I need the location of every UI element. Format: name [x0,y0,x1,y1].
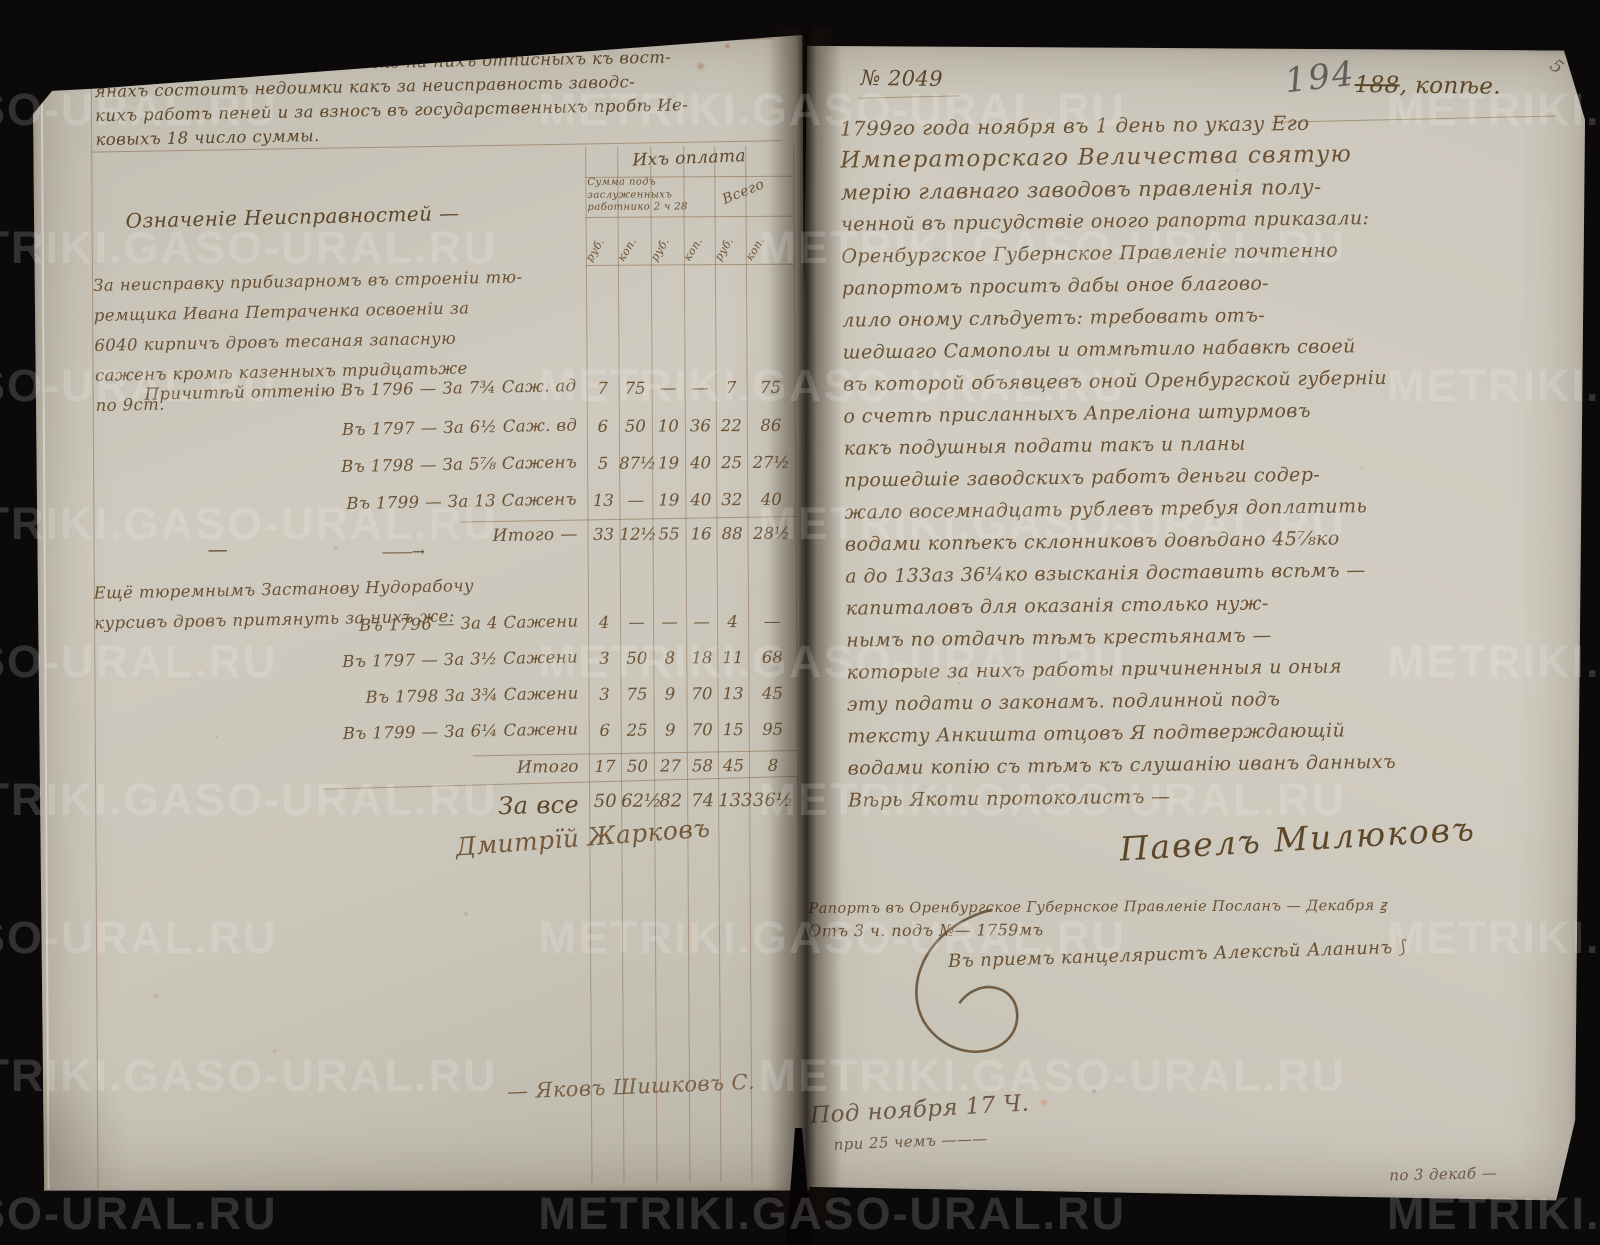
table-row: Въ 1798 — За 5⅞ Саженъ587½19402527½ [35,453,805,488]
table-total-1: Итого —3312½55168828½ [32,26,802,31]
table-cell: 40 [747,490,795,509]
table-cell: 133 [718,790,749,811]
table-cell: 18 [686,648,717,667]
table-subheader: Сумма подъзаслуженныхъработнико 2 ч 28 [587,176,707,214]
table-cell: 62½ [621,791,654,812]
table-total-2: Итого17502758458 [32,26,802,31]
table-cell: 13 [717,684,748,703]
table-cell: 3 [588,685,620,704]
table-rows-second-block: Въ 1796 — За 4 Сажени4———4—Въ 1797 — За … [32,26,802,31]
right-page: № 2049 194 188, копѣе. 5 1799го года ноя… [793,41,1589,1200]
table-cell: 25 [621,721,654,740]
table-cell: 50 [619,417,652,436]
table-row: Въ 1797 — За 3½ Сажени3508181168 [36,648,806,683]
table-cell: 6 [589,721,621,740]
text-line: работнико 2 ч 28 [588,201,708,214]
table-cell: 16 [685,524,716,543]
table-cell: 6 [587,417,619,436]
table-cell: 87½ [619,454,652,473]
crossed-out-number: 188, копѣе. [1354,72,1501,100]
row-label: За все [498,790,579,820]
table-cell: — [653,612,686,631]
table-cell: 86 [747,416,795,435]
row-label: Въ 1796 — За 4 Сажени [359,612,579,635]
table-cell: 75 [747,378,795,397]
table-cell: — [620,613,653,632]
pencil-folio-number: 194 [1283,54,1358,102]
table-row: Итого17502758458 [37,756,807,791]
bottom-note-1: Под ноября 17 Ч. [809,1090,1030,1129]
corner-page-number: 5 [1546,55,1568,79]
grand-total-row: За все5062½827413336½ [32,26,802,31]
table-cell: 8 [749,756,797,775]
document-number: № 2049 [860,66,943,91]
table-cell: 75 [620,685,653,704]
row-label: Итого — [492,524,578,546]
table-cell: 27½ [747,453,795,472]
table-cell: 82 [654,790,687,811]
table-row: Въ 1797 — За 6½ Саж. вд65010362286 [35,416,805,451]
table-cell: 74 [687,790,718,811]
row-label: Въ 1797 — За 3½ Сажени [342,647,578,671]
table-cell: 33 [587,525,619,544]
table-cell: 7 [716,378,747,397]
table-cell: — [748,612,796,631]
report-body-text: 1799го года ноября въ 1 день по указу Ег… [840,104,1573,817]
table-cell: 27 [654,756,687,775]
bottom-note-2: при 25 чемъ ——— [833,1130,988,1154]
text-line: Сумма подъ [587,176,707,189]
corner-note: по 3 декаб — [1389,1164,1497,1184]
main-signature: Павелъ Милюковъ [1119,809,1477,868]
table-row: Въ 1798 За 3¾ Сажени3759701345 [36,684,806,719]
table-cell: — [652,378,685,397]
section-label: Означенiе Неисправностей — [125,201,459,233]
scanned-book-spread: Вѣдомость означающая сколько на нихъ отп… [0,0,1600,1245]
row-label: Въ 1798 — За 5⅞ Саженъ [341,452,577,476]
table-cell: 55 [652,524,685,543]
table-cell: 32 [716,490,747,509]
table-cell: 12½ [619,525,652,544]
table-column-lines [32,26,802,31]
table-cell: 88 [716,524,747,543]
table-row: Итого —3312½55168828½ [35,524,805,559]
table-cell: 9 [653,684,686,703]
table-cell: 45 [718,756,749,775]
table-cell: 17 [589,757,621,776]
table-cell: — [619,491,652,510]
bottom-signature: — Яковъ Шишковъ С. [507,1070,756,1104]
document-number-underline [858,95,960,98]
table-cell: 40 [685,490,716,509]
table-cell: 50 [620,649,653,668]
row-label: Въ 1799 — За 6¼ Сажени [343,719,579,743]
table-cell: 25 [716,453,747,472]
text-line: заслуженныхъ [587,189,707,202]
table-cell: — [686,612,717,631]
table-cell: 50 [621,757,654,776]
table-row: Въ 1796 — За 4 Сажени4———4— [36,612,806,647]
table-cell: 8 [653,648,686,667]
table-row: Причитѣй оттенiю Въ 1796 — За 7¾ Саж. ад… [35,378,805,413]
left-page-header: Вѣдомость означающая сколько на нихъ отп… [94,44,776,152]
table-cell: 36½ [749,790,797,811]
table-cell: 19 [652,453,685,472]
table-cell: 11 [717,648,748,667]
crossed-suffix: , копѣе. [1400,73,1502,100]
table-cell: 58 [687,756,718,775]
table-cell: 19 [652,490,685,509]
table-cell: 4 [717,612,748,631]
table-cell: 45 [748,684,796,703]
table-cell: 95 [749,720,797,739]
table-cell: 22 [716,416,747,435]
table-cell: 15 [718,720,749,739]
table-rows-1796-1799: Причитѣй оттенiю Въ 1796 — За 7¾ Саж. ад… [32,26,802,31]
table-cell: 68 [748,648,796,667]
table-cell: 75 [619,379,652,398]
table-cell: 36 [685,416,716,435]
table-cell: 4 [588,613,620,632]
table-row: Въ 1799 — За 13 Саженъ13—19403240 [35,490,805,525]
table-cell: 9 [654,720,687,739]
table-cell: — [685,378,716,397]
table-cell: 70 [686,684,717,703]
row-label: Въ 1797 — За 6½ Саж. вд [341,415,577,439]
row-label: Въ 1799 — За 13 Саженъ [347,489,578,513]
table-row: Въ 1799 — За 6¼ Сажени6259701595 [37,720,807,755]
ink-flourish-loop [890,904,1062,1086]
table-cell: 10 [652,416,685,435]
table-cell: 5 [587,454,619,473]
table-subheader-right: Всего [720,176,767,207]
table-cell: 50 [589,791,621,812]
left-page: Вѣдомость означающая сколько на нихъ отп… [32,26,809,1196]
table-cell: 40 [685,453,716,472]
table-cell: 3 [588,649,620,668]
table-cell: 13 [587,491,619,510]
row-label: Въ 1798 За 3¾ Сажени [365,684,579,707]
table-cell: 7 [587,379,619,398]
table-column-labels: руб.коп.руб.коп.руб.коп. [32,26,802,31]
row-label: Итого [517,757,579,778]
table-cell: 28½ [747,524,795,543]
struck-number: 188 [1354,72,1399,99]
table-cell: 70 [687,720,718,739]
